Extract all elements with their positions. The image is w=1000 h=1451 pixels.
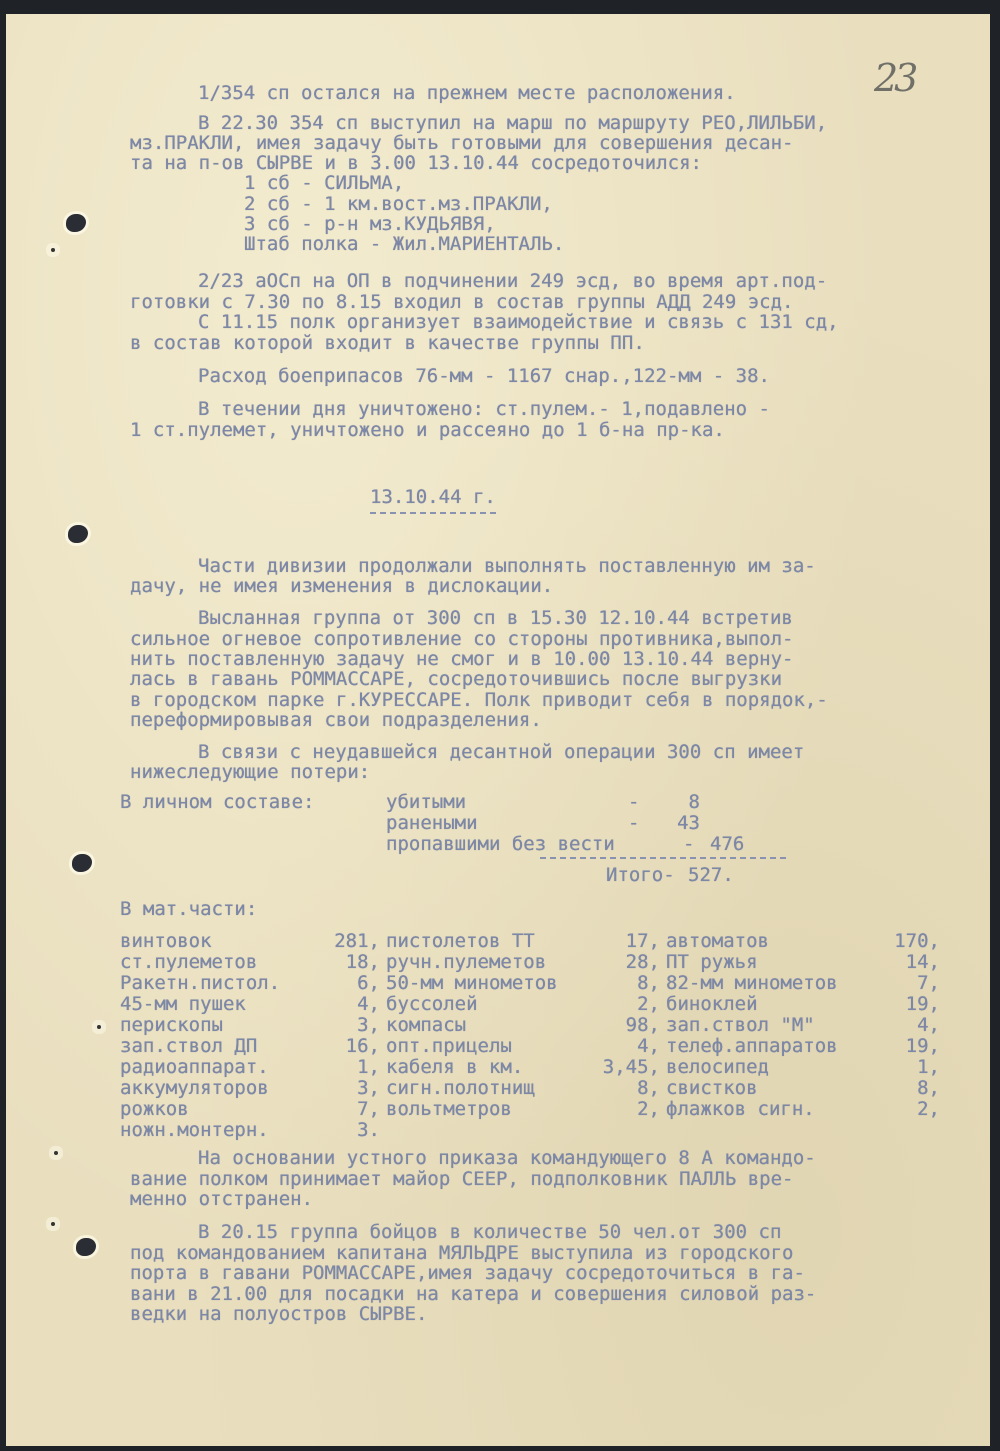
- paragraph-line: 2/23 аОСп на ОП в подчинении 249 эсд, во…: [198, 270, 827, 292]
- table-row: перископы 3, компасы 98, зап.ствол "М" 4…: [0, 1014, 1000, 1036]
- item-qty: 3,45,: [580, 1056, 660, 1078]
- item-name: кабеля в км.: [386, 1056, 523, 1078]
- item-qty: 28,: [580, 951, 660, 973]
- paragraph-line: менно отстранен.: [130, 1188, 313, 1210]
- date-heading: 13.10.44 г.: [370, 486, 496, 514]
- item-qty: 281,: [300, 930, 380, 952]
- paragraph-line: В течении дня уничтожено: ст.пулем.- 1,п…: [198, 398, 770, 420]
- paragraph-line: В 20.15 группа бойцов в количестве 50 че…: [198, 1221, 781, 1243]
- item-name: биноклей: [666, 993, 758, 1015]
- item-name: сигн.полотнищ: [386, 1077, 535, 1099]
- paragraph-line: Части дивизии продолжали выполнять поста…: [198, 555, 816, 577]
- table-row: винтовок 281, пистолетов ТТ 17, автомато…: [0, 930, 1000, 952]
- paragraph-line: в городском парке г.КУРЕССАРЕ. Полк прив…: [130, 689, 828, 711]
- materiel-label: В мат.части:: [120, 898, 257, 920]
- table-row: радиоаппарат. 1, кабеля в км. 3,45, вело…: [0, 1056, 1000, 1078]
- item-qty: 2,: [580, 993, 660, 1015]
- item-qty: 19,: [860, 1035, 940, 1057]
- item-qty: 7,: [300, 1098, 380, 1120]
- item-name: перископы: [120, 1014, 223, 1036]
- paragraph-line: сильное огневое сопротивление со стороны…: [130, 628, 793, 650]
- paragraph-line: 2 сб - 1 км.вост.мз.ПРАКЛИ,: [244, 193, 553, 215]
- item-qty: 6,: [300, 972, 380, 994]
- item-name: опт.прицелы: [386, 1035, 512, 1057]
- loss-total-value: 527.: [688, 864, 734, 886]
- item-qty: 19,: [860, 993, 940, 1015]
- paragraph-line: лась в гавань РОММАССАРЕ, сосредоточивши…: [130, 668, 782, 690]
- loss-sep: -: [683, 833, 694, 855]
- item-name: 45-мм пушек: [120, 993, 246, 1015]
- item-name: флажков сигн.: [666, 1098, 815, 1120]
- paragraph-line: нижеследующие потери:: [130, 761, 370, 783]
- paragraph-line: в состав которой входит в качестве групп…: [130, 332, 645, 354]
- typed-text-layer: 1/354 сп остался на прежнем месте распол…: [0, 0, 1000, 1451]
- item-name: буссолей: [386, 993, 478, 1015]
- loss-total-label: Итого-: [606, 864, 675, 886]
- item-qty: 18,: [300, 951, 380, 973]
- paragraph-line: 1 ст.пулемет, уничтожено и рассеяно до 1…: [130, 419, 725, 441]
- loss-label: ранеными: [386, 812, 478, 834]
- paragraph-line: порта в гавани РОММАССАРЕ,имея задачу со…: [130, 1262, 805, 1284]
- item-name: ручн.пулеметов: [386, 951, 546, 973]
- paragraph-line: Штаб полка - Жил.МАРИЕНТАЛЬ.: [244, 233, 564, 255]
- item-name: 82-мм минометов: [666, 972, 838, 994]
- loss-value: 476: [710, 833, 744, 855]
- item-name: аккумуляторов: [120, 1077, 269, 1099]
- paragraph-line: та на п-ов СЫРВЕ и в 3.00 13.10.44 сосре…: [130, 152, 702, 174]
- loss-label: убитыми: [386, 791, 466, 813]
- paragraph-line: 1/354 сп остался на прежнем месте распол…: [198, 82, 736, 104]
- loss-label: пропавшими без вести: [386, 833, 615, 855]
- item-name: радиоаппарат.: [120, 1056, 269, 1078]
- item-qty: 2,: [860, 1098, 940, 1120]
- item-name: компасы: [386, 1014, 466, 1036]
- paragraph-line: вани в 21.00 для посадки на катера и сов…: [130, 1283, 816, 1305]
- table-row: ножн.монтерн. 3.: [0, 1119, 1000, 1141]
- losses-personnel-label: В личном составе:: [120, 791, 314, 813]
- paragraph-line: 1 сб - СИЛЬМА,: [244, 172, 404, 194]
- paragraph-line: ведки на полуостров СЫРВЕ.: [130, 1303, 427, 1325]
- item-qty: 4,: [580, 1035, 660, 1057]
- item-name: автоматов: [666, 930, 769, 952]
- item-name: свистков: [666, 1077, 758, 1099]
- table-row: зап.ствол ДП 16, опт.прицелы 4, телеф.ап…: [0, 1035, 1000, 1057]
- table-row: ст.пулеметов 18, ручн.пулеметов 28, ПТ р…: [0, 951, 1000, 973]
- item-qty: 170,: [860, 930, 940, 952]
- paragraph-line: Расход боеприпасов 76-мм - 1167 снар.,12…: [198, 365, 770, 387]
- item-qty: 98,: [580, 1014, 660, 1036]
- item-qty: 8,: [580, 972, 660, 994]
- loss-value: 8: [660, 791, 700, 813]
- loss-sep: -: [628, 812, 639, 834]
- item-name: велосипед: [666, 1056, 769, 1078]
- item-qty: 2,: [580, 1098, 660, 1120]
- item-qty: 3,: [300, 1077, 380, 1099]
- loss-value: 43: [660, 812, 700, 834]
- item-name: ст.пулеметов: [120, 951, 257, 973]
- item-name: зап.ствол "М": [666, 1014, 815, 1036]
- item-qty: 7,: [860, 972, 940, 994]
- item-qty: 3,: [300, 1014, 380, 1036]
- total-underline: [540, 857, 786, 859]
- table-row: аккумуляторов 3, сигн.полотнищ 8, свистк…: [0, 1077, 1000, 1099]
- item-qty: 8,: [580, 1077, 660, 1099]
- paragraph-line: мз.ПРАКЛИ, имея задачу быть готовыми для…: [130, 132, 793, 154]
- item-name: ножн.монтерн.: [120, 1119, 269, 1141]
- paragraph-line: нить поставленную задачу не смог и в 10.…: [130, 648, 793, 670]
- paragraph-line: С 11.15 полк организует взаимодействие и…: [198, 311, 839, 333]
- paragraph-line: вание полком принимает майор СЕЕР, подпо…: [130, 1168, 793, 1190]
- item-name: ПТ ружья: [666, 951, 758, 973]
- paragraph-line: На основании устного приказа командующег…: [198, 1147, 816, 1169]
- item-name: пистолетов ТТ: [386, 930, 535, 952]
- paragraph-line: дачу, не имея изменения в дислокации.: [130, 575, 553, 597]
- item-name: Ракетн.пистол.: [120, 972, 280, 994]
- item-qty: 4,: [300, 993, 380, 1015]
- item-qty: 8,: [860, 1077, 940, 1099]
- table-row: Ракетн.пистол. 6, 50-мм минометов 8, 82-…: [0, 972, 1000, 994]
- paragraph-line: под командованием капитана МЯЛЬДРЕ высту…: [130, 1242, 793, 1264]
- item-name: 50-мм минометов: [386, 972, 558, 994]
- paragraph-line: 3 сб - р-н мз.КУДЬЯВЯ,: [244, 213, 496, 235]
- paragraph-line: В связи с неудавшейся десантной операции…: [198, 741, 804, 763]
- loss-sep: -: [628, 791, 639, 813]
- item-name: вольтметров: [386, 1098, 512, 1120]
- item-qty: 1,: [860, 1056, 940, 1078]
- table-row: 45-мм пушек 4, буссолей 2, биноклей 19,: [0, 993, 1000, 1015]
- item-name: винтовок: [120, 930, 212, 952]
- item-name: рожков: [120, 1098, 189, 1120]
- paragraph-line: готовки с 7.30 по 8.15 входил в состав г…: [130, 291, 793, 313]
- item-qty: 17,: [580, 930, 660, 952]
- paragraph-line: Высланная группа от 300 сп в 15.30 12.10…: [198, 607, 793, 629]
- table-row: рожков 7, вольтметров 2, флажков сигн. 2…: [0, 1098, 1000, 1120]
- item-qty: 4,: [860, 1014, 940, 1036]
- item-qty: 3.: [300, 1119, 380, 1141]
- item-qty: 14,: [860, 951, 940, 973]
- paragraph-line: В 22.30 354 сп выступил на марш по маршр…: [198, 112, 827, 134]
- paragraph-line: переформировывая свои подразделения.: [130, 709, 542, 731]
- item-qty: 16,: [300, 1035, 380, 1057]
- item-name: телеф.аппаратов: [666, 1035, 838, 1057]
- item-qty: 1,: [300, 1056, 380, 1078]
- item-name: зап.ствол ДП: [120, 1035, 257, 1057]
